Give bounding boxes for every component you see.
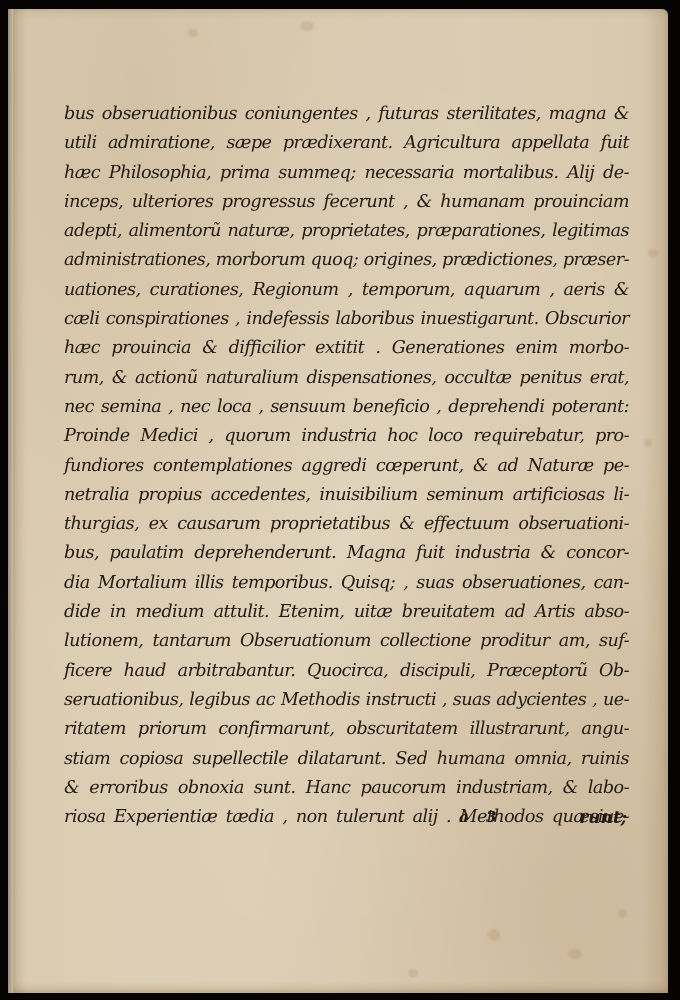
text-line: bus obseruationibus coniungentes , futur…	[64, 100, 629, 129]
text-line: bus, paulatim deprehenderunt. Magna fuit…	[64, 539, 629, 568]
text-line: rum, & actionũ naturalium dispensationes…	[64, 364, 629, 393]
paper-stain	[618, 909, 627, 918]
paper-stain	[408, 969, 418, 977]
text-line: adepti, alimentorũ naturæ, proprietates,…	[64, 217, 629, 246]
text-line: administrationes, morborum quoq; origine…	[64, 246, 629, 275]
text-line: uationes, curationes, Regionum , temporu…	[64, 276, 629, 305]
body-text: bus obseruationibus coniungentes , futur…	[64, 100, 629, 832]
text-line: dide in medium attulit. Etenim, uitæ bre…	[64, 598, 629, 627]
text-line: ficere haud arbitrabantur. Quocirca, dis…	[64, 657, 629, 686]
signature-mark: a 3	[459, 808, 502, 826]
text-line: lutionem, tantarum Obseruationum collect…	[64, 627, 629, 656]
catchword: runt;	[579, 808, 627, 828]
paper-stain	[188, 29, 198, 37]
text-line: nec semina , nec loca , sensuum benefici…	[64, 393, 629, 422]
text-line: hæc Philosophia, prima summeq; necessari…	[64, 159, 629, 188]
text-line: hæc prouincia & difficilior extitit . Ge…	[64, 334, 629, 363]
text-line: cæli conspirationes , indefessis laborib…	[64, 305, 629, 334]
paper-stain	[644, 439, 652, 447]
text-line: netralia propius accedentes, inuisibiliu…	[64, 481, 629, 510]
paper-stain	[300, 21, 314, 31]
text-line: stiam copiosa supellectile dilatarunt. S…	[64, 745, 629, 774]
text-line: & erroribus obnoxia sunt. Hanc paucorum …	[64, 774, 629, 803]
paper-stain	[568, 949, 582, 959]
text-line: fundiores contemplationes aggredi cœperu…	[64, 452, 629, 481]
text-line: thurgias, ex causarum proprietatibus & e…	[64, 510, 629, 539]
text-line: seruationibus, legibus ac Methodis instr…	[64, 686, 629, 715]
text-line: utili admiratione, sæpe prædixerant. Agr…	[64, 129, 629, 158]
text-line: dia Mortalium illis temporibus. Quisq; ,…	[64, 569, 629, 598]
text-line: ritatem priorum confirmarunt, obscuritat…	[64, 715, 629, 744]
page-footer: a 3 runt;	[64, 808, 629, 834]
paper-stain	[648, 249, 658, 257]
text-line: inceps, ulteriores progressus fecerunt ,…	[64, 188, 629, 217]
paper-stain	[488, 929, 500, 941]
text-line: Proinde Medici , quorum industria hoc lo…	[64, 422, 629, 451]
